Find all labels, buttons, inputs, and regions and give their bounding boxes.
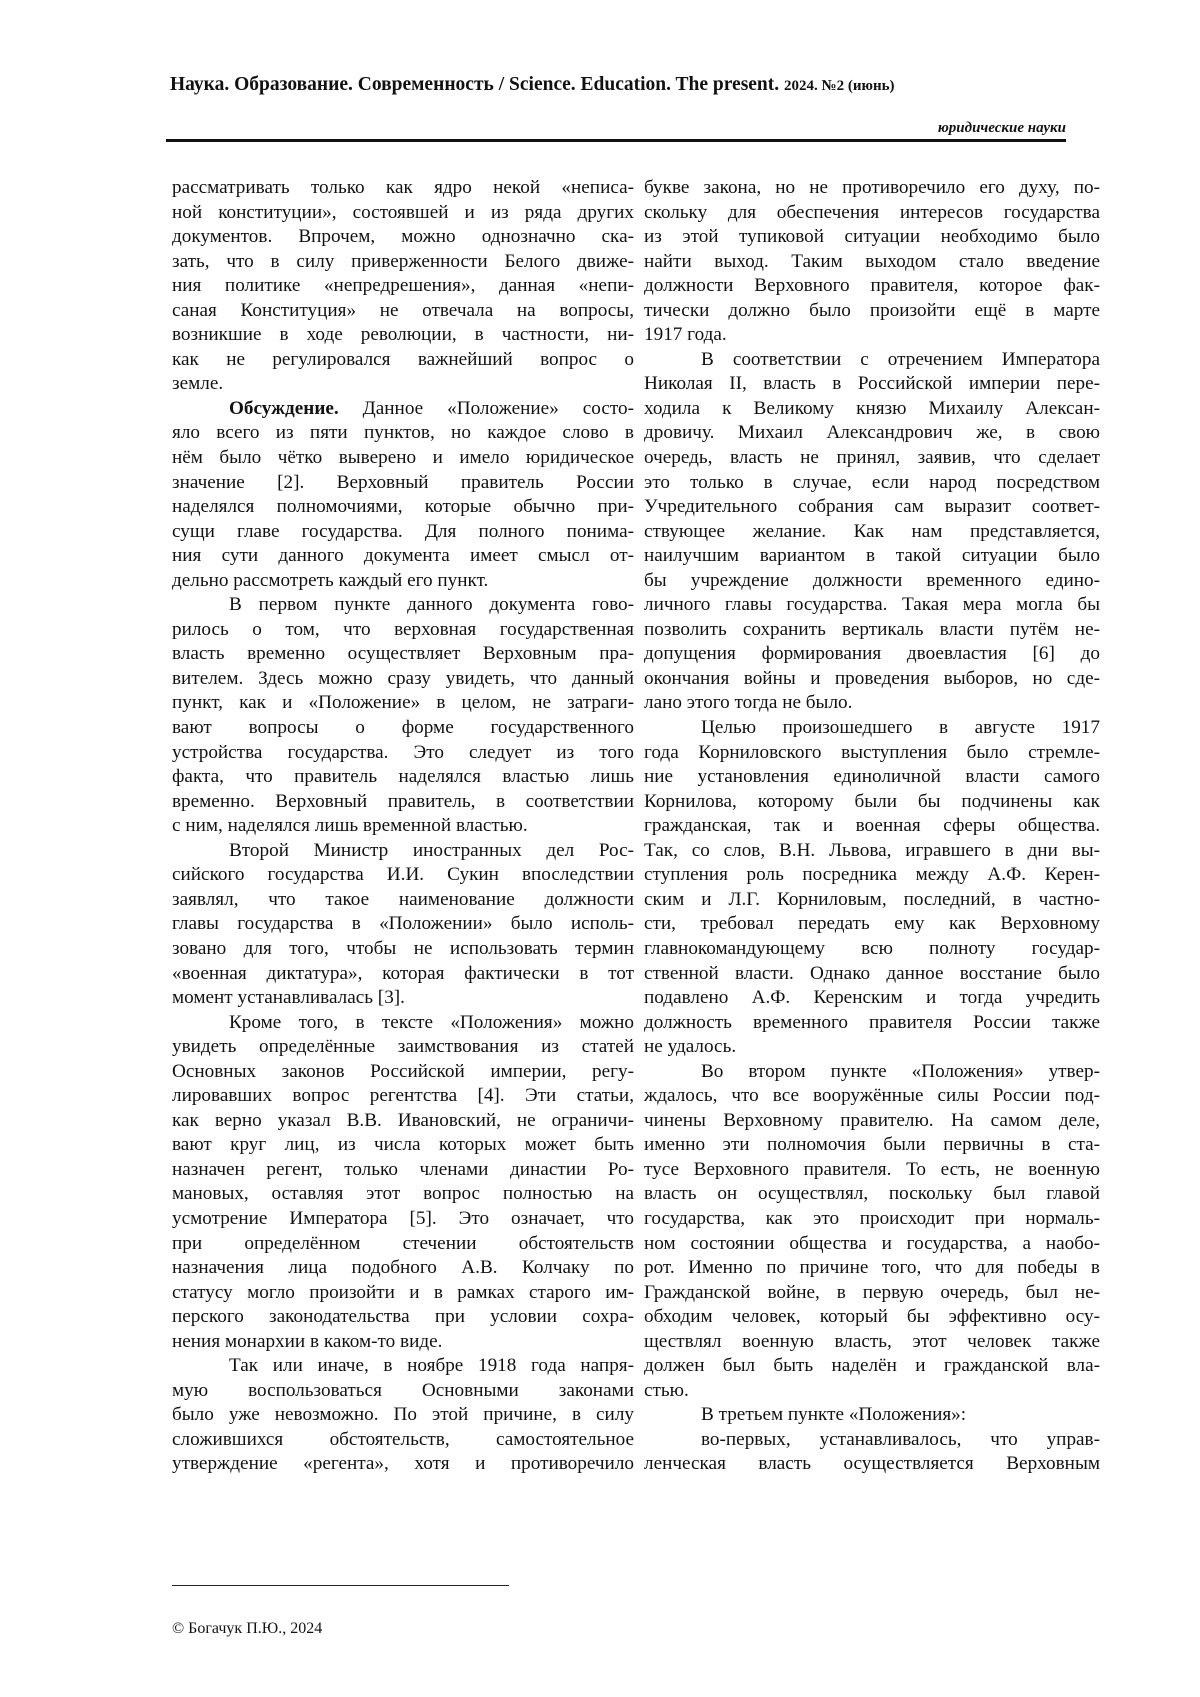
text-span: рот. Именно по причине того, что для поб… bbox=[644, 1257, 1100, 1278]
text-line: рассматривать только как ядро некой «неп… bbox=[172, 176, 634, 201]
text-span: наилучшим вариантом в такой ситуации был… bbox=[644, 545, 1100, 566]
text-line: личного главы государства. Такая мера мо… bbox=[644, 593, 1100, 618]
text-span: временно. Верховный правитель, в соответ… bbox=[172, 791, 634, 812]
text-span: обходим человек, который бы эффективно о… bbox=[644, 1306, 1100, 1327]
text-line: назначен регент, только членами династии… bbox=[172, 1158, 634, 1183]
text-line: В первом пункте данного документа гово- bbox=[172, 593, 634, 618]
text-line: власть временно осуществляет Верховным п… bbox=[172, 642, 634, 667]
text-line: Николая II, власть в Российской империи … bbox=[644, 372, 1100, 397]
text-span: Гражданской войне, в первую очередь, был… bbox=[644, 1282, 1100, 1303]
text-span: рассматривать только как ядро некой «неп… bbox=[172, 177, 634, 198]
text-span: чинены Верховному правителю. На самом де… bbox=[644, 1110, 1100, 1131]
text-line: окончания войны и проведения выборов, но… bbox=[644, 667, 1100, 692]
text-line: перского законодательства при условии со… bbox=[172, 1305, 634, 1330]
text-span: Учредительного собрания сам выразит соот… bbox=[644, 496, 1100, 517]
text-span: ходила к Великому князю Михаилу Алексан- bbox=[644, 398, 1100, 419]
text-line: Обсуждение. Данное «Положение» состо- bbox=[172, 397, 634, 422]
text-span: власть временно осуществляет Верховным п… bbox=[172, 643, 634, 664]
text-span: ном состоянии общества и государства, а … bbox=[644, 1233, 1100, 1254]
text-line: вают круг лиц, из числа которых может бы… bbox=[172, 1133, 634, 1158]
text-line: сущи главе государства. Для полного пони… bbox=[172, 520, 634, 545]
text-line: нения монархии в каком-то виде. bbox=[172, 1330, 634, 1355]
text-span: Во втором пункте «Положения» утвер- bbox=[701, 1061, 1100, 1082]
footnote-separator bbox=[172, 1585, 509, 1586]
left-column: рассматривать только как ядро некой «неп… bbox=[172, 176, 634, 1477]
text-span: ским и Л.Г. Корниловым, последний, в час… bbox=[644, 889, 1100, 910]
text-line: земле. bbox=[172, 372, 634, 397]
text-span: именно эти полномочия были первичны в ст… bbox=[644, 1134, 1100, 1155]
text-line: рилось о том, что верховная государствен… bbox=[172, 618, 634, 643]
text-line: пункт, как и «Положение» в целом, не зат… bbox=[172, 691, 634, 716]
text-span: должности Верховного правителя, которое … bbox=[644, 275, 1100, 296]
bold-heading: Обсуждение. bbox=[229, 398, 339, 419]
text-line: устройства государства. Это следует из т… bbox=[172, 741, 634, 766]
text-line: Корнилова, которому были бы подчинены ка… bbox=[644, 790, 1100, 815]
text-line: ственной власти. Однако данное восстание… bbox=[644, 962, 1100, 987]
text-span: букве закона, но не противоречило его ду… bbox=[644, 177, 1100, 198]
text-line: ществлял военную власть, этот человек та… bbox=[644, 1330, 1100, 1355]
text-line: должность временного правителя России та… bbox=[644, 1011, 1100, 1036]
text-span: Данное «Положение» состо- bbox=[339, 398, 634, 419]
text-span: пункт, как и «Положение» в целом, не зат… bbox=[172, 692, 634, 713]
text-line: момент устанавливалась [3]. bbox=[172, 986, 634, 1011]
text-line: наилучшим вариантом в такой ситуации был… bbox=[644, 544, 1100, 569]
text-span: во-первых, устанавливалось, что управ- bbox=[701, 1429, 1100, 1450]
text-line: очередь, власть не принял, заявив, что с… bbox=[644, 446, 1100, 471]
text-line: Так или иначе, в ноябре 1918 года напря- bbox=[172, 1354, 634, 1379]
text-line: лано этого тогда не было. bbox=[644, 691, 1100, 716]
text-span: яло всего из пяти пунктов, но каждое сло… bbox=[172, 422, 634, 443]
text-span: документов. Впрочем, можно однозначно ск… bbox=[172, 226, 634, 247]
text-span: позволить сохранить вертикаль власти пут… bbox=[644, 619, 1100, 640]
text-span: Николая II, власть в Российской империи … bbox=[644, 373, 1100, 394]
text-line: ступления роль посредника между А.Ф. Кер… bbox=[644, 863, 1100, 888]
text-line: Основных законов Российской империи, рег… bbox=[172, 1060, 634, 1085]
text-line: при определённом стечении обстоятельств bbox=[172, 1232, 634, 1257]
text-line: временно. Верховный правитель, в соответ… bbox=[172, 790, 634, 815]
text-span: ждалось, что все вооружённые силы России… bbox=[644, 1085, 1100, 1106]
text-span: при определённом стечении обстоятельств bbox=[172, 1233, 634, 1254]
text-span: главы государства в «Положении» было исп… bbox=[172, 913, 634, 934]
text-span: ной конституции», состоявшей и из ряда д… bbox=[172, 202, 634, 223]
text-span: устройства государства. Это следует из т… bbox=[172, 742, 634, 763]
text-span: статусу могло произойти и в рамках старо… bbox=[172, 1282, 634, 1303]
text-span: очередь, власть не принял, заявив, что с… bbox=[644, 447, 1100, 468]
text-line: увидеть определённые заимствования из ст… bbox=[172, 1035, 634, 1060]
text-line: власть он осуществлял, поскольку был гла… bbox=[644, 1182, 1100, 1207]
text-line: документов. Впрочем, можно однозначно ск… bbox=[172, 225, 634, 250]
text-line: тически должно было произойти ещё в март… bbox=[644, 299, 1100, 324]
text-line: года Корниловского выступления было стре… bbox=[644, 741, 1100, 766]
text-span: значение [2]. Верховный правитель России bbox=[172, 472, 634, 493]
text-span: как верно указал В.В. Ивановский, не огр… bbox=[172, 1110, 634, 1131]
text-line: значение [2]. Верховный правитель России bbox=[172, 471, 634, 496]
text-line: ленческая власть осуществляется Верховны… bbox=[644, 1452, 1100, 1477]
text-line: рот. Именно по причине того, что для поб… bbox=[644, 1256, 1100, 1281]
text-line: «военная диктатура», которая фактически … bbox=[172, 962, 634, 987]
text-line: Учредительного собрания сам выразит соот… bbox=[644, 495, 1100, 520]
text-line: утверждение «регента», хотя и противореч… bbox=[172, 1452, 634, 1477]
text-span: Так, со слов, В.Н. Львова, игравшего в д… bbox=[644, 840, 1100, 861]
text-line: В третьем пункте «Положения»: bbox=[644, 1403, 1100, 1428]
text-line: должности Верховного правителя, которое … bbox=[644, 274, 1100, 299]
text-span: Кроме того, в тексте «Положения» можно bbox=[229, 1012, 634, 1033]
text-line: ной конституции», состоявшей и из ряда д… bbox=[172, 201, 634, 226]
text-span: мановых, оставляя этот вопрос полностью … bbox=[172, 1183, 634, 1204]
text-span: В третьем пункте «Положения»: bbox=[701, 1404, 966, 1425]
text-line: зать, что в силу приверженности Белого д… bbox=[172, 250, 634, 275]
text-span: возникшие в ходе революции, в частности,… bbox=[172, 324, 634, 345]
text-span: вителем. Здесь можно сразу увидеть, что … bbox=[172, 668, 634, 689]
text-line: статусу могло произойти и в рамках старо… bbox=[172, 1281, 634, 1306]
text-span: ступления роль посредника между А.Ф. Кер… bbox=[644, 864, 1100, 885]
text-line: сложившихся обстоятельств, самостоятельн… bbox=[172, 1428, 634, 1453]
text-line: назначения лица подобного А.В. Колчаку п… bbox=[172, 1256, 634, 1281]
text-line: ния сути данного документа имеет смысл о… bbox=[172, 544, 634, 569]
text-span: нения монархии в каком-то виде. bbox=[172, 1331, 442, 1352]
text-line: стью. bbox=[644, 1379, 1100, 1404]
text-span: ленческая власть осуществляется Верховны… bbox=[644, 1453, 1100, 1474]
text-span: сийского государства И.И. Сукин впоследс… bbox=[172, 864, 634, 885]
text-span: вают круг лиц, из числа которых может бы… bbox=[172, 1134, 634, 1155]
text-span: с ним, наделялся лишь временной властью. bbox=[172, 815, 528, 836]
text-span: сущи главе государства. Для полного пони… bbox=[172, 521, 634, 542]
text-span: Так или иначе, в ноябре 1918 года напря- bbox=[229, 1355, 634, 1376]
text-line: именно эти полномочия были первичны в ст… bbox=[644, 1133, 1100, 1158]
text-span: саная Конституция» не отвечала на вопрос… bbox=[172, 300, 634, 321]
text-line: зовано для того, чтобы не использовать т… bbox=[172, 937, 634, 962]
text-line: государства, как это происходит при норм… bbox=[644, 1207, 1100, 1232]
text-line: Целью произошедшего в августе 1917 bbox=[644, 716, 1100, 741]
text-span: как не регулировался важнейший вопрос о bbox=[172, 349, 634, 370]
text-span: тусе Верховного правителя. То есть, не в… bbox=[644, 1159, 1100, 1180]
text-line: скольку для обеспечения интересов госуда… bbox=[644, 201, 1100, 226]
text-span: власть он осуществлял, поскольку был гла… bbox=[644, 1183, 1100, 1204]
text-line: главнокомандующему всю полноту государ- bbox=[644, 937, 1100, 962]
text-line: сти, требовал передать ему как Верховном… bbox=[644, 912, 1100, 937]
text-span: Основных законов Российской империи, рег… bbox=[172, 1061, 634, 1082]
text-span: главнокомандующему всю полноту государ- bbox=[644, 938, 1100, 959]
text-span: зовано для того, чтобы не использовать т… bbox=[172, 938, 634, 959]
text-span: тически должно было произойти ещё в март… bbox=[644, 300, 1100, 321]
text-line: наделялся полномочиями, которые обычно п… bbox=[172, 495, 634, 520]
text-span: заявлял, что такое наименование должност… bbox=[172, 889, 634, 910]
section-label: юридические науки bbox=[938, 120, 1066, 137]
text-span: должен был быть наделён и гражданской вл… bbox=[644, 1355, 1100, 1376]
text-line: вителем. Здесь можно сразу увидеть, что … bbox=[172, 667, 634, 692]
header-rule bbox=[166, 139, 1066, 142]
text-span: личного главы государства. Такая мера мо… bbox=[644, 594, 1100, 615]
text-span: дровичу. Михаил Александрович же, в свою bbox=[644, 422, 1100, 443]
text-span: ния сути данного документа имеет смысл о… bbox=[172, 545, 634, 566]
journal-title: Наука. Образование. Современность / Scie… bbox=[170, 74, 779, 95]
text-span: это только в случае, если народ посредст… bbox=[644, 472, 1100, 493]
text-span: ственной власти. Однако данное восстание… bbox=[644, 963, 1100, 984]
text-span: Целью произошедшего в августе 1917 bbox=[701, 717, 1100, 738]
copyright-notice: © Богачук П.Ю., 2024 bbox=[172, 1620, 322, 1638]
text-line: сийского государства И.И. Сукин впоследс… bbox=[172, 863, 634, 888]
text-line: ном состоянии общества и государства, а … bbox=[644, 1232, 1100, 1257]
journal-header: Наука. Образование. Современность / Scie… bbox=[170, 74, 895, 96]
text-line: мую воспользоваться Основными законами bbox=[172, 1379, 634, 1404]
text-span: ствующее желание. Как нам представляется… bbox=[644, 521, 1100, 542]
text-span: момент устанавливалась [3]. bbox=[172, 987, 405, 1008]
text-line: дровичу. Михаил Александрович же, в свою bbox=[644, 421, 1100, 446]
text-line: букве закона, но не противоречило его ду… bbox=[644, 176, 1100, 201]
right-column: букве закона, но не противоречило его ду… bbox=[644, 176, 1100, 1477]
text-span: из этой тупиковой ситуации необходимо бы… bbox=[644, 226, 1100, 247]
text-span: окончания войны и проведения выборов, но… bbox=[644, 668, 1100, 689]
text-span: мую воспользоваться Основными законами bbox=[172, 1380, 634, 1401]
text-span: скольку для обеспечения интересов госуда… bbox=[644, 202, 1100, 223]
text-line: ждалось, что все вооружённые силы России… bbox=[644, 1084, 1100, 1109]
text-span: «военная диктатура», которая фактически … bbox=[172, 963, 634, 984]
text-line: Гражданской войне, в первую очередь, был… bbox=[644, 1281, 1100, 1306]
text-line: ние установления единоличной власти само… bbox=[644, 765, 1100, 790]
text-line: Во втором пункте «Положения» утвер- bbox=[644, 1060, 1100, 1085]
text-line: позволить сохранить вертикаль власти пут… bbox=[644, 618, 1100, 643]
text-line: допущения формирования двоевластия [6] д… bbox=[644, 642, 1100, 667]
text-line: заявлял, что такое наименование должност… bbox=[172, 888, 634, 913]
text-span: сложившихся обстоятельств, самостоятельн… bbox=[172, 1429, 634, 1450]
text-span: должность временного правителя России та… bbox=[644, 1012, 1100, 1033]
text-line: как верно указал В.В. Ивановский, не огр… bbox=[172, 1109, 634, 1134]
text-line: не удалось. bbox=[644, 1035, 1100, 1060]
text-line: из этой тупиковой ситуации необходимо бы… bbox=[644, 225, 1100, 250]
text-span: В первом пункте данного документа гово- bbox=[229, 594, 634, 615]
text-line: бы учреждение должности временного едино… bbox=[644, 569, 1100, 594]
text-span: усмотрение Императора [5]. Это означает,… bbox=[172, 1208, 634, 1229]
text-span: допущения формирования двоевластия [6] д… bbox=[644, 643, 1100, 664]
text-line: дельно рассмотреть каждый его пункт. bbox=[172, 569, 634, 594]
text-line: вают вопросы о форме государственного bbox=[172, 716, 634, 741]
text-span: найти выход. Таким выходом стало введени… bbox=[644, 251, 1100, 272]
text-line: возникшие в ходе революции, в частности,… bbox=[172, 323, 634, 348]
text-line: лировавших вопрос регентства [4]. Эти ст… bbox=[172, 1084, 634, 1109]
text-line: главы государства в «Положении» было исп… bbox=[172, 912, 634, 937]
text-line: ствующее желание. Как нам представляется… bbox=[644, 520, 1100, 545]
text-span: бы учреждение должности временного едино… bbox=[644, 570, 1100, 591]
text-span: года Корниловского выступления было стре… bbox=[644, 742, 1100, 763]
text-line: яло всего из пяти пунктов, но каждое сло… bbox=[172, 421, 634, 446]
text-line: это только в случае, если народ посредст… bbox=[644, 471, 1100, 496]
text-line: саная Конституция» не отвечала на вопрос… bbox=[172, 299, 634, 324]
text-span: В соответствии с отречением Императора bbox=[701, 349, 1100, 370]
text-line: Кроме того, в тексте «Положения» можно bbox=[172, 1011, 634, 1036]
text-line: как не регулировался важнейший вопрос о bbox=[172, 348, 634, 373]
text-span: рилось о том, что верховная государствен… bbox=[172, 619, 634, 640]
text-span: лано этого тогда не было. bbox=[644, 692, 852, 713]
text-span: ния политике «непредрешения», данная «не… bbox=[172, 275, 634, 296]
text-line: мановых, оставляя этот вопрос полностью … bbox=[172, 1182, 634, 1207]
text-span: назначения лица подобного А.В. Колчаку п… bbox=[172, 1257, 634, 1278]
text-line: Второй Министр иностранных дел Рос- bbox=[172, 839, 634, 864]
text-line: гражданская, так и военная сферы обществ… bbox=[644, 814, 1100, 839]
text-line: подавлено А.Ф. Керенским и тогда учредит… bbox=[644, 986, 1100, 1011]
text-span: ществлял военную власть, этот человек та… bbox=[644, 1331, 1100, 1352]
text-span: было уже невозможно. По этой причине, в … bbox=[172, 1404, 634, 1425]
text-span: гражданская, так и военная сферы обществ… bbox=[644, 815, 1100, 836]
text-span: перского законодательства при условии со… bbox=[172, 1306, 634, 1327]
text-span: земле. bbox=[172, 373, 223, 394]
text-line: обходим человек, который бы эффективно о… bbox=[644, 1305, 1100, 1330]
text-line: тусе Верховного правителя. То есть, не в… bbox=[644, 1158, 1100, 1183]
text-span: факта, что правитель наделялся властью л… bbox=[172, 766, 634, 787]
text-span: стью. bbox=[644, 1380, 689, 1401]
text-span: дельно рассмотреть каждый его пункт. bbox=[172, 570, 488, 591]
text-line: факта, что правитель наделялся властью л… bbox=[172, 765, 634, 790]
text-span: 1917 года. bbox=[644, 324, 727, 345]
text-span: ние установления единоличной власти само… bbox=[644, 766, 1100, 787]
text-span: сти, требовал передать ему как Верховном… bbox=[644, 913, 1100, 934]
text-line: ским и Л.Г. Корниловым, последний, в час… bbox=[644, 888, 1100, 913]
text-line: ния политике «непредрешения», данная «не… bbox=[172, 274, 634, 299]
text-line: найти выход. Таким выходом стало введени… bbox=[644, 250, 1100, 275]
text-span: зать, что в силу приверженности Белого д… bbox=[172, 251, 634, 272]
text-line: чинены Верховному правителю. На самом де… bbox=[644, 1109, 1100, 1134]
text-span: подавлено А.Ф. Керенским и тогда учредит… bbox=[644, 987, 1100, 1008]
text-span: вают вопросы о форме государственного bbox=[172, 717, 634, 738]
text-line: Так, со слов, В.Н. Львова, игравшего в д… bbox=[644, 839, 1100, 864]
text-line: было уже невозможно. По этой причине, в … bbox=[172, 1403, 634, 1428]
text-line: усмотрение Императора [5]. Это означает,… bbox=[172, 1207, 634, 1232]
text-line: В соответствии с отречением Императора bbox=[644, 348, 1100, 373]
text-span: наделялся полномочиями, которые обычно п… bbox=[172, 496, 634, 517]
text-span: государства, как это происходит при норм… bbox=[644, 1208, 1100, 1229]
text-span: Второй Министр иностранных дел Рос- bbox=[229, 840, 634, 861]
text-span: лировавших вопрос регентства [4]. Эти ст… bbox=[172, 1085, 634, 1106]
text-span: утверждение «регента», хотя и противореч… bbox=[172, 1453, 634, 1474]
text-line: должен был быть наделён и гражданской вл… bbox=[644, 1354, 1100, 1379]
text-span: увидеть определённые заимствования из ст… bbox=[172, 1036, 634, 1057]
text-line: ходила к Великому князю Михаилу Алексан- bbox=[644, 397, 1100, 422]
text-span: Корнилова, которому были бы подчинены ка… bbox=[644, 791, 1100, 812]
text-line: 1917 года. bbox=[644, 323, 1100, 348]
journal-issue: 2024. №2 (июнь) bbox=[784, 78, 895, 94]
text-line: с ним, наделялся лишь временной властью. bbox=[172, 814, 634, 839]
text-line: нём было чётко выверено и имело юридичес… bbox=[172, 446, 634, 471]
text-span: нём было чётко выверено и имело юридичес… bbox=[172, 447, 634, 468]
text-line: во-первых, устанавливалось, что управ- bbox=[644, 1428, 1100, 1453]
text-span: назначен регент, только членами династии… bbox=[172, 1159, 634, 1180]
text-span: не удалось. bbox=[644, 1036, 736, 1057]
